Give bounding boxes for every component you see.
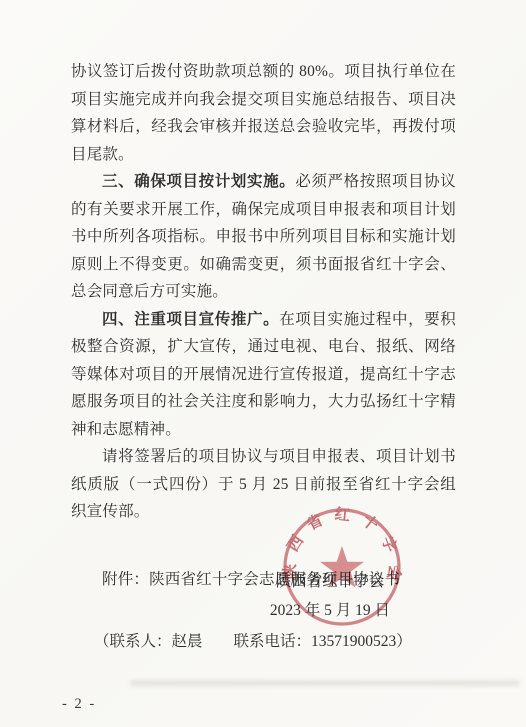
paragraph-lead: 四、注重项目宣传推广。 bbox=[102, 311, 279, 328]
paragraph: 四、注重项目宣传推广。在项目实施过程中，要积极整合资源，扩大宣传，通过电视、电台… bbox=[71, 306, 456, 444]
paragraph: 三、确保项目按计划实施。必须严格按照项目协议的有关要求开展工作，确保完成项目申报… bbox=[71, 168, 456, 306]
document-page: 协议签订后拨付资助款项总额的 80%。项目执行单位在项目实施完成并向我会提交项目… bbox=[0, 0, 526, 727]
contact-line: （联系人：赵晨 联系电话：13571900523） bbox=[94, 630, 412, 654]
paragraph-text: 必须严格按照项目协议的有关要求开展工作，确保完成项目申报表和项目计划书中所列各项… bbox=[71, 173, 456, 300]
paragraph-lead: 三、确保项目按计划实施。 bbox=[102, 173, 295, 190]
page-number: - 2 - bbox=[62, 696, 96, 713]
paragraph: 协议签订后拨付资助款项总额的 80%。项目执行单位在项目实施完成并向我会提交项目… bbox=[71, 58, 456, 168]
signature-organization: 陕西省红十字会 bbox=[262, 570, 398, 594]
scan-smudge-artifact bbox=[130, 680, 520, 686]
paragraph-text: 协议签订后拨付资助款项总额的 80%。项目执行单位在项目实施完成并向我会提交项目… bbox=[71, 63, 456, 163]
signature-date: 2023 年 5 月 19 日 bbox=[250, 599, 410, 623]
paragraph-text: 在项目实施过程中，要积极整合资源，扩大宣传，通过电视、电台、报纸、网络等媒体对项… bbox=[71, 311, 456, 438]
